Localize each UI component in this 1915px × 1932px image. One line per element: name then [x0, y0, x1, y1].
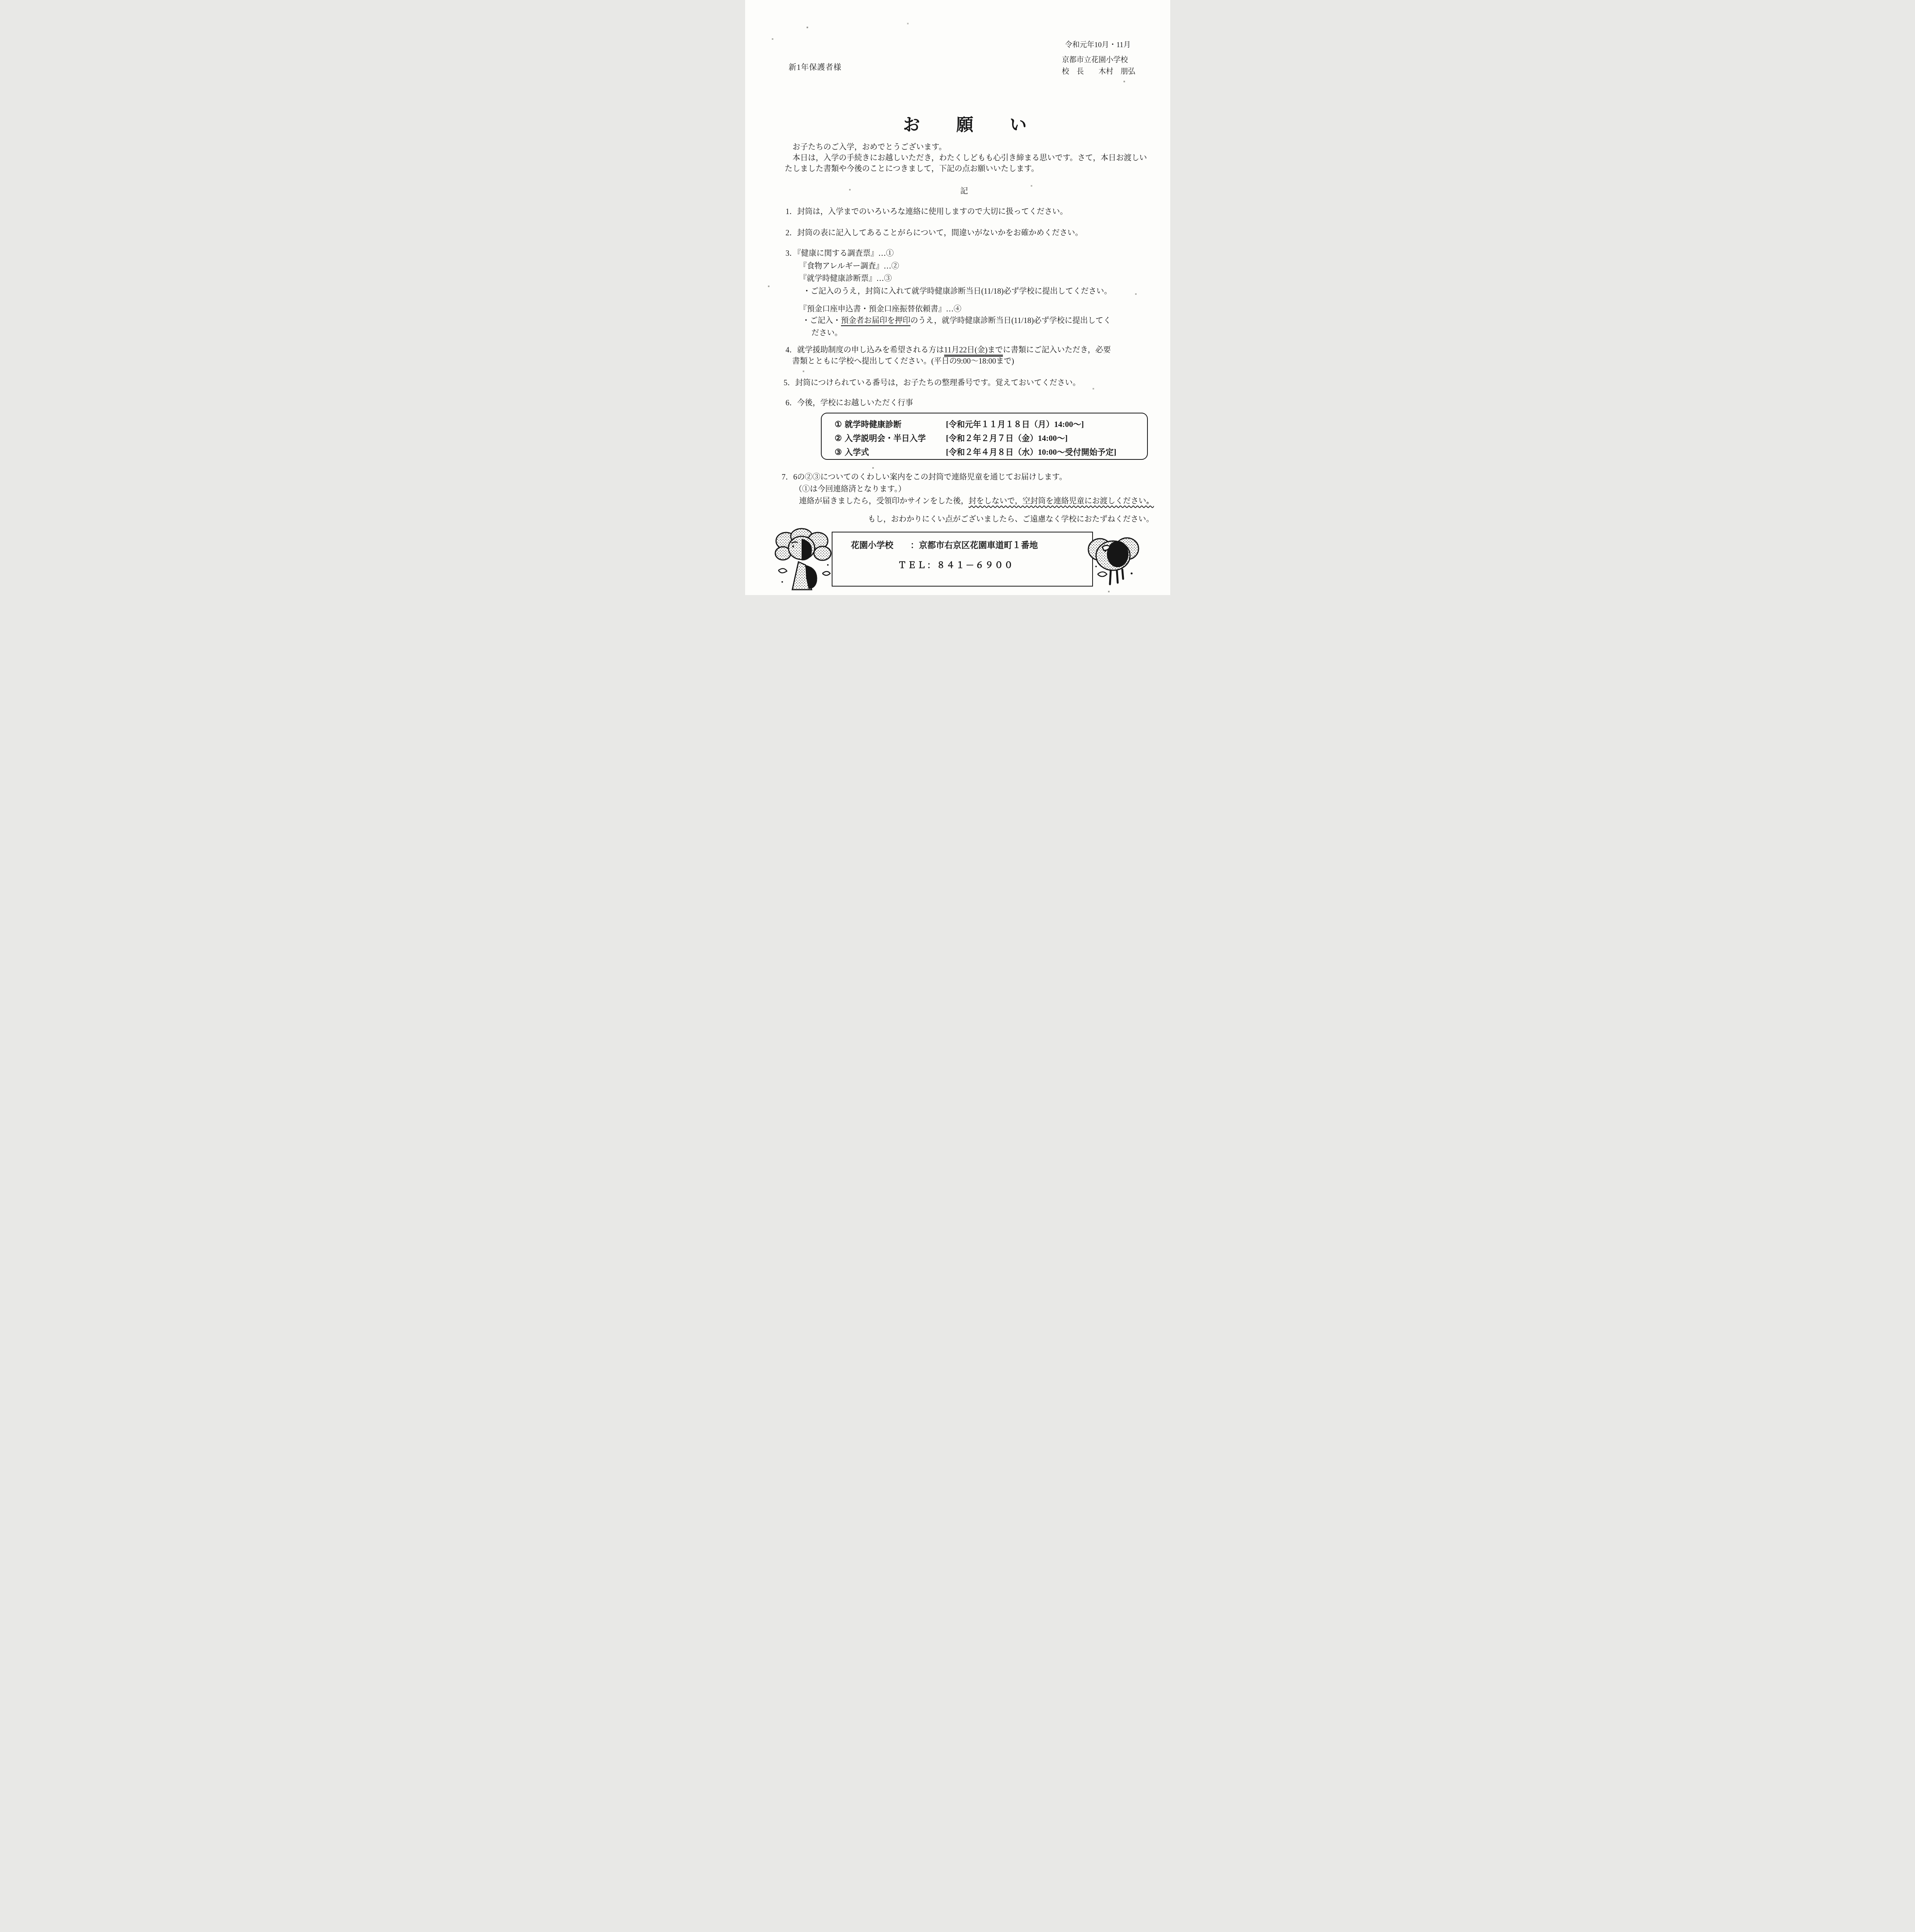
item-3-doc-4: 『預金口座申込書・預金口座振替依頼書』…④: [799, 304, 962, 314]
item-1: 1．封筒は，入学までのいろいろな連絡に使用しますので大切に扱ってください。: [786, 207, 1068, 217]
item-6: 6．今後，学校にお越しいただく行事: [786, 398, 913, 408]
right-mascot-illustration: [1082, 536, 1146, 588]
item-3-note-2-pre: ・ご記入・: [802, 316, 841, 325]
schedule-row: ① 就学時健康診断 [令和元年１１月１８日（月）14:00～]: [835, 417, 1147, 431]
flower-child-drawing-icon: [1082, 536, 1146, 587]
item-3-doc-2: 『食物アレルギー調査』…②: [799, 261, 899, 271]
item-4-pre: 4．就学援助制度の申し込みを希望される方は: [786, 346, 944, 354]
item-5: 5．封筒につけられている番号は，お子たちの整理番号です。覚えておいてください。: [784, 378, 1081, 388]
scan-noise-speckles: [745, 0, 746, 1]
item-4-deadline-underlined: 11月22日(金)まで: [944, 346, 1003, 357]
item-4-line-1: 4．就学援助制度の申し込みを希望される方は11月22日(金)までに書類にご記入い…: [786, 345, 1111, 355]
item-7-line-1: 7．6の②③についてのくわしい案内をこの封筒で連絡児童を通じてお届けします。: [782, 472, 1067, 482]
intro-line-3: たしました書類や今後のことにつきまして，下記の点お願いいたします。: [785, 164, 1039, 174]
addressee: 新1年保護者様: [789, 61, 842, 72]
item-2: 2．封筒の表に記入してあることがらについて，間違いがないかをお確かめください。: [786, 228, 1083, 238]
schedule-box: ① 就学時健康診断 [令和元年１１月１８日（月）14:00～] ② 入学説明会・…: [821, 413, 1148, 460]
schedule-row-event: 就学時健康診断: [845, 417, 946, 431]
item-3-doc-1: 3．『健康に関する調査票』…①: [786, 248, 894, 259]
intro-line-1: お子たちのご入学，おめでとうございます。: [785, 142, 946, 152]
page-title: お 願 い: [753, 111, 1170, 136]
item-7-line-2: （①は今回連絡済となります。）: [795, 484, 906, 494]
item-3-note-2: ・ご記入・預金者お届印を押印のうえ，就学時健康診断当日(11/18)必ず学校に提…: [802, 316, 1111, 326]
sender-principal: 校 長 木村 朋弘: [1062, 66, 1135, 76]
closing-note: もし，おわかりにくい点がございましたら、ご遠慮なく学校におたずねください。: [868, 514, 1154, 524]
schedule-row-event: 入学式: [845, 445, 946, 459]
schedule-row-number: ①: [835, 417, 845, 431]
flower-child-drawing-icon: [771, 528, 840, 593]
item-7-line-3: 連絡が届きましたら，受領印かサインをした後，封をしないで，空封筒を連絡児童にお渡…: [799, 496, 1154, 506]
schedule-row-event: 入学説明会・半日入学: [845, 431, 946, 445]
left-mascot-illustration: [771, 528, 840, 595]
item-7-line-3-wavy-underlined: 封をしないで，空封筒を連絡児童にお渡しください。: [969, 497, 1154, 505]
item-4-post: に書類にご記入いただき，必要: [1003, 346, 1111, 354]
record-marker: 記: [752, 185, 1170, 196]
sender-school: 京都市立花園小学校: [1062, 54, 1128, 65]
contact-tel: ＴＥＬ：８４１－６９００: [898, 559, 1014, 571]
schedule-row-datetime: [令和元年１１月１８日（月）14:00～]: [946, 417, 1084, 431]
document-page: 令和元年10月・11月 新1年保護者様 京都市立花園小学校 校 長 木村 朋弘 …: [745, 0, 1170, 595]
schedule-row-number: ②: [835, 431, 845, 445]
intro-line-2: 本日は，入学の手続きにお越しいただき，わたくしどもも心引き締まる思いです。さて，…: [785, 153, 1147, 163]
item-3-note-2-post: のうえ，就学時健康診断当日(11/18)必ず学校に提出してく: [911, 316, 1111, 325]
schedule-row-number: ③: [835, 445, 845, 459]
schedule-row: ③ 入学式 [令和２年４月８日（水）10:00～受付開始予定]: [835, 445, 1147, 459]
schedule-row-datetime: [令和２年４月８日（水）10:00～受付開始予定]: [946, 445, 1117, 459]
contact-address: 花園小学校 ：京都市右京区花園車道町１番地: [851, 539, 1038, 551]
item-4-line-2: 書類とともに学校へ提出してください。(平日の9:00～18:00まで): [792, 356, 1014, 366]
item-3-note-1: ・ご記入のうえ，封筒に入れて就学時健康診断当日(11/18)必ず学校に提出してく…: [803, 286, 1112, 296]
date-line: 令和元年10月・11月: [1065, 39, 1131, 49]
item-3-note-2-continuation: ださい。: [812, 328, 843, 338]
item-3-doc-3: 『就学時健康診断票』…③: [799, 274, 892, 284]
schedule-row: ② 入学説明会・半日入学 [令和２年２月７日（金）14:00～]: [835, 431, 1147, 445]
schedule-row-datetime: [令和２年２月７日（金）14:00～]: [946, 431, 1068, 445]
item-3-note-2-underlined: 預金者お届印を押印: [841, 316, 911, 326]
item-7-line-3-pre: 連絡が届きましたら，受領印かサインをした後，: [799, 497, 969, 505]
